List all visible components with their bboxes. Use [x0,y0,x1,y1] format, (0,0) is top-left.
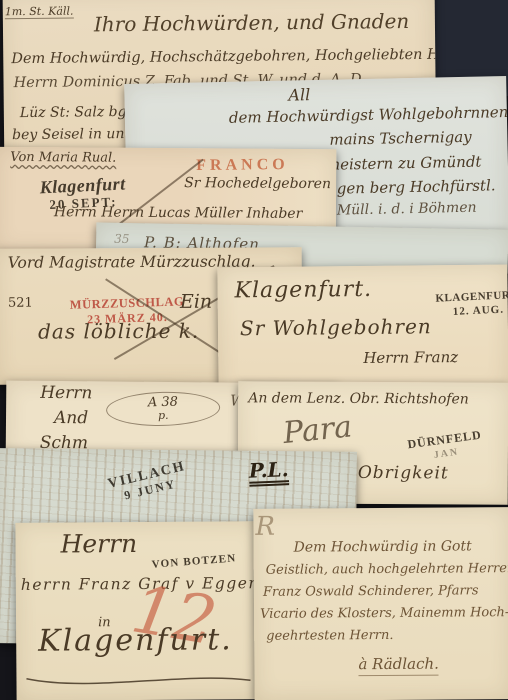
address-line: Herrn Franz [363,349,458,366]
address-line: Müll. i. d. i Böhmen [337,201,477,219]
sender-note: Von Maria Rual. [10,151,116,166]
address-line: bey Seisel in un [12,127,124,144]
postmark-klagenfurt-aug: KLAGENFURT. 12. AUG. [435,285,508,320]
address-line: Obrigkeit [358,464,449,483]
address-line: Herrn [60,530,137,558]
address-line: Dem Hochwürdig, Hochschätzgebohren, Hoch… [11,47,437,68]
address-line: meistern zu Gmündt [326,154,482,174]
destination-line: à Rädlach. [358,656,439,676]
postmark-date: 12. AUG. [436,303,508,319]
circled-docket: A 38 p. [106,390,221,427]
address-column: Herrn And Schm [40,381,93,456]
corner-note: 1m. St. Käll. [5,6,74,20]
docket-number: 35 [114,233,130,246]
address-line: iligen berg Hochfürstl. [322,177,495,197]
franco-postmark: FRANCO [196,156,289,175]
postmark-town: KLAGENFURT. [435,289,508,305]
flourish-initial: R [255,513,275,542]
letter-botzen: Herrn VON BOTZEN herrn Franz Graf v Egge… [15,521,262,700]
address-line: Franz Oswald Schinderer, Pfarrs [263,584,479,600]
flourish-paraph: Para [282,410,354,450]
docket-number: p. [158,410,169,422]
salutation-line: Ihro Hochwürden, und Gnaden [94,10,410,35]
address-line: And [54,406,92,431]
address-line: geehrtesten Herrn. [266,629,393,644]
address-line: Klagenfurt. [234,278,372,304]
letter-raedlach: R Dem Hochwürdig in Gott Geistlich, auch… [253,507,508,700]
address-line: Sr Wohlgebohren [240,315,432,339]
address-line: mains Tschernigay [329,129,472,148]
address-line: Lüz St: Salz bg. [20,105,131,122]
address-line: Herrn Herrn Lucas Müller Inhaber [54,205,303,222]
address-line: Geistlich, auch hochgelehrten Herren [266,562,508,578]
address-line: An dem Lenz. Obr. Richtshofen [248,391,469,408]
letter-klagenfurt-aug: Klagenfurt. KLAGENFURT. 12. AUG. Sr Wohl… [217,264,508,397]
address-line: Sr Hochedelgeboren [184,176,331,192]
address-heading: All [288,86,310,104]
address-line: Herrn [40,381,92,406]
docket-number: 521 [8,297,33,311]
address-line: Vicario des Klosters, Mainemm Hoch- [260,606,508,622]
endorsement: P.L. [248,458,289,482]
postmark-von-botzen: VON BOTZEN [151,552,237,571]
address-line: dem Hochwürdigst Wohlgebohrnnen und [229,103,508,126]
postmark-duernfeld: DÜRNFELD JAN [406,426,484,466]
address-line: Dem Hochwürdig in Gott [294,539,472,556]
address-line: Klagenfurt. [38,623,233,657]
underline-flourish [22,671,256,693]
photo-of-letter-collection: 1m. St. Käll. Ihro Hochwürden, und Gnade… [0,0,508,700]
